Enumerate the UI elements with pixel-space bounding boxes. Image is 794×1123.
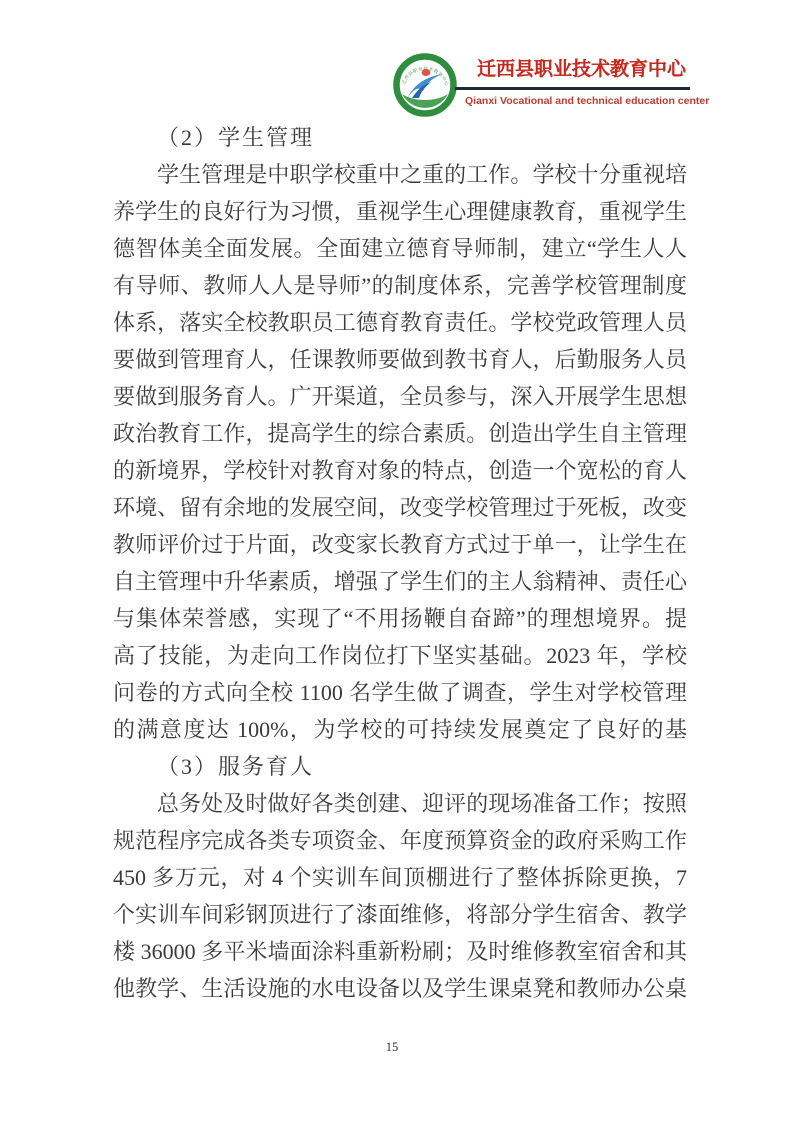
text-line: 楼 36000 多平米墙面涂料重新粉刷；及时维修教室宿舍和其 (113, 933, 687, 970)
document-body: （2）学生管理 学生管理是中职学校重中之重的工作。学校十分重视培 养学生的良好行… (113, 119, 687, 1007)
text-line: 问卷的方式向全校 1100 名学生做了调查，学生对学校管理 (113, 674, 687, 711)
text-line: 有导师、教师人人是导师”的制度体系，完善学校管理制度 (113, 267, 687, 304)
header-divider (455, 87, 690, 90)
text-line: 个实训车间彩钢顶进行了漆面维修，将部分学生宿舍、教学 (113, 896, 687, 933)
text-line: 养学生的良好行为习惯，重视学生心理健康教育，重视学生 (113, 193, 687, 230)
text-line: 体系，落实全校教职员工德育教育责任。学校党政管理人员 (113, 304, 687, 341)
text-line: 教师评价过于片面，改变家长教育方式过于单一，让学生在 (113, 526, 687, 563)
text-line: 学生管理是中职学校重中之重的工作。学校十分重视培 (113, 156, 687, 193)
text-line: 要做到管理育人，任课教师要做到教书育人，后勤服务人员 (113, 341, 687, 378)
text-line: 环境、留有余地的发展空间，改变学校管理过于死板，改变 (113, 489, 687, 526)
school-logo-icon: 迁西县职业技术教育中心 (393, 53, 457, 117)
text-line: 政治教育工作，提高学生的综合素质。创造出学生自主管理 (113, 415, 687, 452)
text-line: 450 多万元，对 4 个实训车间顶棚进行了整体拆除更换，7 (113, 859, 687, 896)
text-line: 自主管理中升华素质，增强了学生们的主人翁精神、责任心 (113, 563, 687, 600)
text-line: 的满意度达 100%，为学校的可持续发展奠定了良好的基础。 (113, 711, 687, 748)
header-subtitle: Qianxi Vocational and technical educatio… (465, 94, 692, 108)
header-title: 迁西县职业技术教育中心 (477, 58, 679, 82)
page-number: 15 (0, 1040, 784, 1055)
text-line: 的新境界，学校针对教育对象的特点，创造一个宽松的育人 (113, 452, 687, 489)
text-line: 要做到服务育人。广开渠道，全员参与，深入开展学生思想 (113, 378, 687, 415)
text-line: 他教学、生活设施的水电设备以及学生课桌凳和教师办公桌 (113, 970, 687, 1007)
section-heading: （2）学生管理 (113, 119, 687, 156)
section-heading: （3）服务育人 (113, 748, 687, 785)
text-line: 总务处及时做好各类创建、迎评的现场准备工作；按照 (113, 785, 687, 822)
text-line: 与集体荣誉感，实现了“不用扬鞭自奋蹄”的理想境界。提 (113, 600, 687, 637)
text-line: 规范程序完成各类专项资金、年度预算资金的政府采购工作 (113, 822, 687, 859)
text-line: 德智体美全面发展。全面建立德育导师制，建立“学生人人 (113, 230, 687, 267)
document-page: 迁西县职业技术教育中心 迁西县职业技术教育中心 Qianxi Vocationa… (0, 0, 794, 1123)
text-line: 高了技能，为走向工作岗位打下坚实基础。2023 年，学校以 (113, 637, 687, 674)
